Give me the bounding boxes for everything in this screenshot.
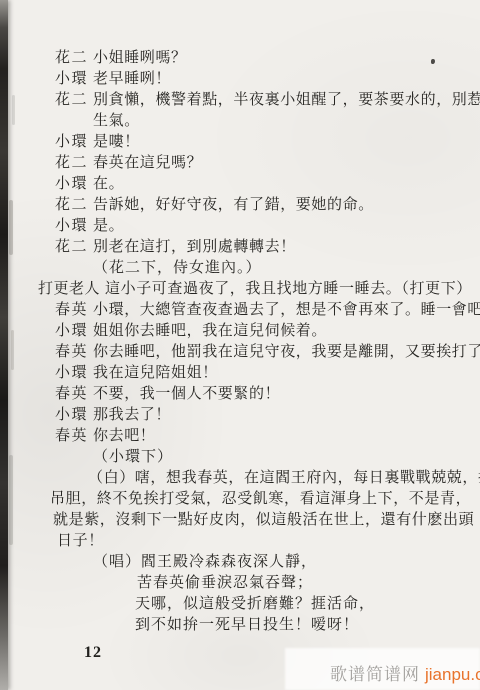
- speaker-name: 小環: [55, 69, 93, 90]
- dialogue-row: 花二小姐睡咧嗎？: [0, 48, 480, 69]
- dialogue-text: 我在這兒陪姐姐！: [93, 365, 218, 381]
- dialogue-row: 春英你去睡吧，他罰我在這兒守夜，我要是離開，又要挨打了！: [0, 342, 480, 363]
- monologue-line: 吊胆，終不免挨打受氣，忍受飢寒，看這渾身上下，不是青，: [0, 489, 480, 510]
- dialogue-text: 在。: [93, 176, 124, 192]
- stage-direction-text: （花二下，侍女進內。）: [93, 260, 262, 276]
- stage-direction-text: （小環下）: [93, 449, 173, 465]
- speaker-name: 小環: [55, 216, 93, 237]
- monologue-text: 吊胆，終不免挨打受氣，忍受飢寒，看這渾身上下，不是青，: [50, 491, 471, 507]
- speaker-name: 小環: [55, 321, 93, 342]
- monologue-text: 就是紫，沒剩下一點好皮肉，似這般活在世上，還有什麽出頭: [53, 512, 474, 528]
- speaker-name: 小環: [55, 132, 93, 153]
- page-number: 12: [84, 644, 102, 662]
- dialogue-text: 春英在這兒嗎？: [93, 155, 202, 171]
- dialogue-row: 春英小環，大總管查夜查過去了，想是不會再來了。睡一會吧！: [0, 300, 480, 321]
- monologue-line: 就是紫，沒剩下一點好皮肉，似這般活在世上，還有什麽出頭: [0, 510, 480, 531]
- dialogue-text: 告訴她，好好守夜，有了錯，要她的命。: [93, 197, 374, 213]
- dialogue-text: 不要，我一個人不要緊的！: [93, 386, 280, 402]
- dialogue-row: 花二別老在這打，到別處轉轉去！: [0, 237, 480, 258]
- monologue-line: （白）嗐，想我春英，在這閻王府內，每日裏戰戰兢兢，提心: [0, 468, 480, 489]
- watermark: 歌谱简谱网jianpu.cn: [330, 660, 480, 685]
- speaker-name: 小環: [55, 363, 93, 384]
- dialogue-text: 小環，大總管查夜查過去了，想是不會再來了。睡一會吧！: [93, 302, 480, 318]
- speaker-name: 春英: [55, 300, 93, 321]
- dialogue-row: 花二告訴她，好好守夜，有了錯，要她的命。: [0, 195, 480, 216]
- speaker-name: 花二: [55, 90, 93, 111]
- dialogue-row: 打更老人這小子可查過夜了，我且找地方睡一睡去。（打更下）: [0, 279, 480, 300]
- dialogue-row: 花二別貪懶，機警着點，半夜裏小姐醒了，要茶要水的，別惹小姐: [0, 90, 480, 111]
- dialogue-row: 花二春英在這兒嗎？: [0, 153, 480, 174]
- song-text: 天哪，似這般受折磨難？捱活命，: [135, 596, 375, 612]
- dialogue-text: 別貪懶，機警着點，半夜裏小姐醒了，要茶要水的，別惹小姐: [93, 92, 480, 108]
- scanned-script-page: 花二小姐睡咧嗎？ 小環老早睡咧！ 花二別貪懶，機警着點，半夜裏小姐醒了，要茶要水…: [0, 0, 480, 690]
- script-text-block: 花二小姐睡咧嗎？ 小環老早睡咧！ 花二別貪懶，機警着點，半夜裏小姐醒了，要茶要水…: [0, 0, 480, 636]
- song-text: 到不如拚一死早日投生！嗳呀！: [135, 617, 359, 633]
- speaker-name: 花二: [55, 48, 93, 69]
- dialogue-text: 你去睡吧，他罰我在這兒守夜，我要是離開，又要挨打了！: [93, 344, 480, 360]
- dialogue-text: 你去吧！: [93, 428, 155, 444]
- watermark-site-name: 歌谱简谱网: [330, 665, 420, 684]
- speaker-name: 花二: [55, 195, 93, 216]
- dialogue-text: 是。: [93, 218, 124, 234]
- dialogue-text: 姐姐你去睡吧，我在這兒伺候着。: [93, 323, 327, 339]
- dialogue-text: 別老在這打，到別處轉轉去！: [93, 239, 296, 255]
- dialogue-row: 小環在。: [0, 174, 480, 195]
- song-line: 天哪，似這般受折磨難？捱活命，: [0, 594, 480, 615]
- speaker-name: 花二: [55, 237, 93, 258]
- speaker-name: 小環: [55, 405, 93, 426]
- dialogue-text: 小姐睡咧嗎？: [93, 50, 187, 66]
- song-line: 到不如拚一死早日投生！嗳呀！: [0, 615, 480, 636]
- monologue-text: 日子！: [57, 533, 104, 549]
- dialogue-row: 小環老早睡咧！: [0, 69, 480, 90]
- speaker-name: 打更老人: [38, 279, 105, 300]
- watermark-site-url: jianpu.cn: [425, 665, 480, 684]
- speaker-name: 小環: [55, 174, 93, 195]
- dialogue-row: 小環姐姐你去睡吧，我在這兒伺候着。: [0, 321, 480, 342]
- monologue-text: （白）嗐，想我春英，在這閻王府內，每日裏戰戰兢兢，提心: [88, 470, 480, 486]
- dialogue-row: 小環我在這兒陪姐姐！: [0, 363, 480, 384]
- speaker-name: 花二: [55, 153, 93, 174]
- song-line: 苦春英偷垂淚忍氣吞聲；: [0, 573, 480, 594]
- dialogue-row: 小環是嘍！: [0, 132, 480, 153]
- song-line: （唱）閻王殿冷森森夜深人靜，: [0, 552, 480, 573]
- song-text: （唱）閻王殿冷森森夜深人靜，: [93, 554, 317, 570]
- dialogue-text: 生氣。: [93, 113, 140, 129]
- speaker-name: 春英: [55, 342, 93, 363]
- dialogue-text: 這小子可查過夜了，我且找地方睡一睡去。（打更下）: [105, 281, 472, 297]
- speaker-name: 春英: [55, 426, 93, 447]
- stage-direction: （花二下，侍女進內。）: [0, 258, 480, 279]
- dialogue-text: 是嘍！: [93, 134, 140, 150]
- dialogue-row: 小環是。: [0, 216, 480, 237]
- speaker-name: 春英: [55, 384, 93, 405]
- dialogue-row: 小環那我去了！: [0, 405, 480, 426]
- dialogue-text: 老早睡咧！: [93, 71, 171, 87]
- dialogue-row: 春英不要，我一個人不要緊的！: [0, 384, 480, 405]
- song-text: 苦春英偷垂淚忍氣吞聲；: [137, 575, 313, 591]
- monologue-line: 日子！: [0, 531, 480, 552]
- dialogue-row: 春英你去吧！: [0, 426, 480, 447]
- dialogue-continuation: 生氣。: [0, 111, 480, 132]
- stage-direction: （小環下）: [0, 447, 480, 468]
- dialogue-text: 那我去了！: [93, 407, 171, 423]
